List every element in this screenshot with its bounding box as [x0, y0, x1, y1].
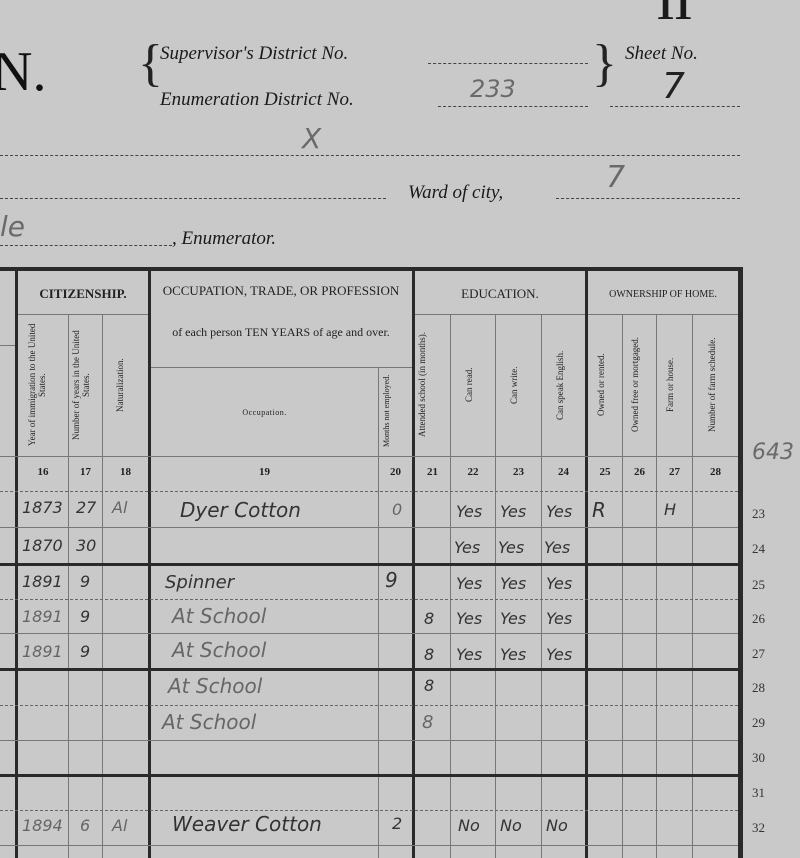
cell-attended-school: 8	[424, 676, 434, 695]
ward-label: Ward of city,	[408, 182, 503, 204]
cell-occupation: At School	[162, 710, 256, 734]
cell-years-in-us: 9	[80, 642, 90, 661]
line-number: 25	[752, 577, 765, 593]
col-23-num: 23	[496, 466, 541, 478]
col-28-label: Number of farm schedule.	[708, 318, 724, 452]
cell-years-in-us: 6	[80, 816, 90, 835]
cell-can-write: Yes	[498, 538, 524, 557]
group-ownership: OWNERSHIP OF HOME.	[588, 289, 738, 300]
line-number: 28	[752, 680, 765, 696]
cell-farm-house: H	[664, 500, 676, 519]
cell-years-in-us: 27	[76, 498, 96, 517]
cell-speaks-english: Yes	[546, 609, 572, 628]
line-number: 23	[752, 506, 765, 522]
group-education: EDUCATION.	[415, 286, 585, 302]
cell-naturalization: Al	[112, 498, 127, 517]
cell-months-not-employed: 9	[385, 568, 398, 592]
cell-speaks-english: Yes	[544, 538, 570, 557]
cell-speaks-english: Yes	[546, 574, 572, 593]
cell-attended-school: 8	[422, 712, 433, 733]
col-18-label: Naturalization.	[116, 318, 134, 452]
line-number: 32	[752, 820, 765, 836]
cell-can-write: No	[500, 816, 522, 835]
enumeration-district-value: 233	[470, 75, 516, 103]
header-line-1[interactable]	[0, 155, 740, 156]
col-20-label: Months not employed.	[383, 370, 409, 452]
col-21-label: Attended school (in months).	[418, 318, 446, 452]
col-28-num: 28	[693, 466, 738, 478]
cell-year: 1891	[22, 642, 63, 661]
col-22-label: Can read.	[465, 318, 481, 452]
col-26-num: 26	[623, 466, 656, 478]
cell-can-write: Yes	[500, 502, 526, 521]
line-number: 26	[752, 611, 765, 627]
cell-occupation: Weaver Cotton	[172, 812, 322, 836]
header-divider	[588, 314, 738, 315]
col-21-num: 21	[415, 466, 450, 478]
col-26-label: Owned free or mortgaged.	[631, 318, 647, 452]
margin-note: 643	[752, 440, 794, 465]
group-citizenship: CITIZENSHIP.	[18, 286, 148, 302]
col-19-num: 19	[151, 466, 378, 478]
group-occupation-sub: of each person TEN YEARS of age and over…	[160, 326, 402, 340]
cell-year: 1891	[22, 607, 63, 626]
cell-speaks-english: Yes	[546, 502, 572, 521]
col-27-label: Farm or house.	[666, 318, 682, 452]
col-17-label: Number of years in the United States.	[72, 318, 100, 452]
enumerator-label: , Enumerator.	[172, 228, 276, 250]
cell-occupation: At School	[168, 674, 262, 698]
col-border	[378, 368, 379, 858]
cell-can-read: Yes	[454, 538, 480, 557]
col-18-num: 18	[103, 466, 148, 478]
cell-can-write: Yes	[500, 609, 526, 628]
cell-year: 1870	[22, 536, 63, 555]
col-24-num: 24	[542, 466, 585, 478]
cell-occupation: At School	[172, 604, 266, 628]
col-27-num: 27	[657, 466, 692, 478]
right-brace: }	[592, 38, 617, 90]
line-number: 27	[752, 646, 765, 662]
cell-years-in-us: 30	[76, 536, 96, 555]
cell-speaks-english: Yes	[546, 645, 572, 664]
col-16-label: Year of immigration to the United States…	[28, 318, 56, 452]
col-25-label: Owned or rented.	[597, 318, 613, 452]
enumerator-name-fragment: le	[0, 210, 25, 243]
cell-months-not-employed: 2	[392, 814, 402, 833]
page-number-mark: 11	[655, 0, 693, 29]
cell-year: 1891	[22, 572, 63, 591]
header-line-1-mark: X	[302, 122, 321, 155]
ward-value: 7	[606, 160, 625, 195]
cell-occupation: At School	[172, 638, 266, 662]
cell-can-read: Yes	[456, 645, 482, 664]
header-divider	[0, 345, 15, 346]
cell-year: 1894	[22, 816, 63, 835]
page-title-fragment: N.	[0, 40, 46, 104]
colnum-divider	[0, 456, 738, 457]
cell-months-not-employed: 0	[392, 500, 402, 519]
cell-can-read: No	[458, 816, 480, 835]
cell-occupation: Spinner	[165, 572, 234, 593]
enumeration-district-field[interactable]	[438, 106, 588, 107]
cell-can-read: Yes	[456, 609, 482, 628]
col-24-label: Can speak English.	[556, 318, 572, 452]
table-top-border	[0, 267, 742, 271]
cell-occupation: Dyer Cotton	[180, 498, 301, 522]
sheet-no-label: Sheet No.	[625, 43, 698, 65]
cell-can-write: Yes	[500, 574, 526, 593]
line-number: 30	[752, 750, 765, 766]
cell-can-write: Yes	[500, 645, 526, 664]
header-divider	[151, 367, 412, 368]
col-20-num: 20	[379, 466, 412, 478]
cell-years-in-us: 9	[80, 572, 90, 591]
col-17-num: 17	[69, 466, 102, 478]
cell-years-in-us: 9	[80, 607, 90, 626]
supervisor-district-label: Supervisor's District No.	[160, 43, 348, 65]
line-number: 24	[752, 541, 765, 557]
cell-year: 1873	[22, 498, 63, 517]
col-22-num: 22	[451, 466, 495, 478]
cell-speaks-english: No	[546, 816, 568, 835]
col-16-num: 16	[18, 466, 68, 478]
header-divider	[18, 314, 148, 315]
cell-can-read: Yes	[456, 574, 482, 593]
cell-attended-school: 8	[424, 645, 434, 664]
supervisor-district-field[interactable]	[428, 63, 588, 64]
enumeration-district-label: Enumeration District No.	[160, 89, 354, 111]
line-number: 29	[752, 715, 765, 731]
enumerator-field[interactable]	[0, 245, 172, 246]
group-occupation: OCCUPATION, TRADE, OR PROFESSION	[160, 284, 402, 298]
sheet-no-value: 7	[662, 66, 685, 107]
cell-naturalization: Al	[112, 816, 127, 835]
cell-attended-school: 8	[424, 609, 434, 628]
header-divider	[415, 314, 585, 315]
col-19-label: Occupation.	[151, 408, 378, 417]
header-line-2[interactable]	[0, 198, 386, 199]
table-right-border	[738, 267, 743, 858]
cell-can-read: Yes	[456, 502, 482, 521]
col-23-label: Can write.	[510, 318, 526, 452]
col-25-num: 25	[588, 466, 622, 478]
ward-field[interactable]	[556, 198, 740, 199]
cell-owned-rented: R	[592, 498, 606, 522]
line-number: 31	[752, 785, 765, 801]
